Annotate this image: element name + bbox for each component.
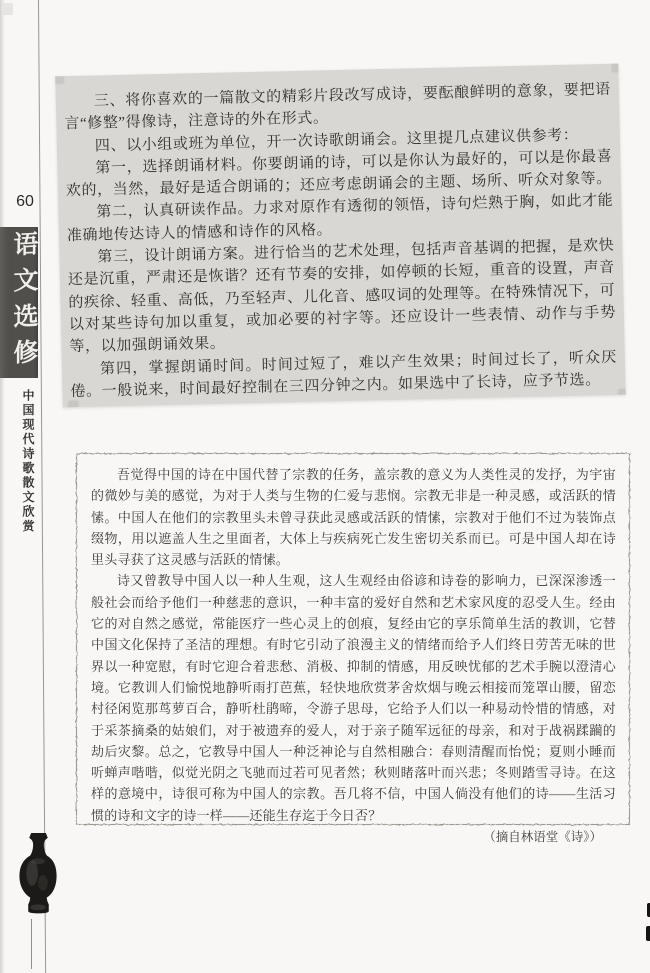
page-left-edge-shadow: [0, 0, 5, 973]
quote-paragraph-1: 吾觉得中国的诗在中国代替了宗教的任务，盖宗教的意义为人类性灵的发抒，为宇宙的微妙…: [91, 464, 616, 570]
note-corner-square: [69, 401, 78, 407]
scan-corner-artifact: [2, 3, 13, 15]
recitation-point-3: 第三，设计朗诵方案。进行恰当的艺术处理，包括声音基调的把握，是欢快还是沉重，严肃…: [67, 235, 616, 359]
textbook-page: 60 语文选修 中国现代诗歌散文欣赏 三、将你喜欢的一篇散文的精彩片段改写成诗，…: [0, 0, 650, 973]
note-corner-square: [55, 74, 63, 83]
quote-paragraph-2: 诗又曾教导中国人以一种人生观，这人生观经由俗谚和诗卷的影响力，已深深渗透一般社会…: [91, 570, 616, 826]
scan-edge-artifact: [646, 926, 650, 941]
margin-divider-line: [38, 0, 46, 973]
quote-attribution: （摘自林语堂《诗》）: [91, 827, 616, 845]
reading-quote-box: 吾觉得中国的诗在中国代替了宗教的任务，盖宗教的意义为人类性灵的发抒，为宇宙的微妙…: [75, 452, 631, 826]
exercise-note-card: 三、将你喜欢的一篇散文的精彩片段改写成诗，要酝酿鲜明的意象，要把语言“修整”得像…: [55, 64, 625, 408]
page-number: 60: [10, 193, 40, 211]
note-corner-square: [612, 64, 621, 72]
margin-divider-line-lower: [31, 919, 32, 969]
note-corner-square: [619, 390, 626, 399]
subject-banner: 语文选修: [0, 227, 38, 378]
series-title-vertical: 中国现代诗歌散文欣赏: [20, 389, 37, 534]
porcelain-vase-icon: [15, 832, 62, 920]
banner-calligraphy-text: 语文选修: [9, 230, 38, 376]
